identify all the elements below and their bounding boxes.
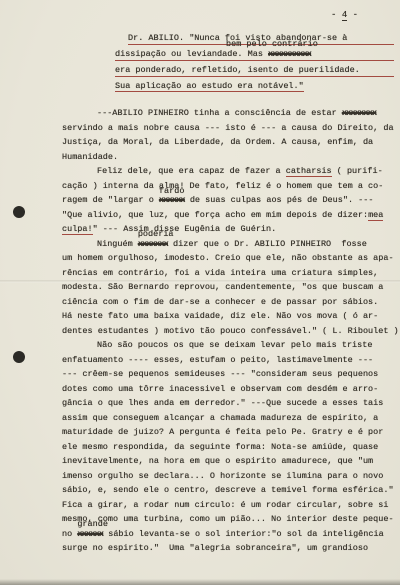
paper-crease [0,280,400,283]
text-run: Justiça, da Moral, da Liberdade, da Orde… [62,137,373,147]
text-run: modesta. São Bernardo reprovou, candente… [62,282,383,292]
page-number-prefix: - [331,10,342,20]
red-underlined-text: culpa! [62,224,93,235]
correction-anchor: xxxxxxgrande [77,529,103,539]
text-run: imenso orgulho se declara... O horizonte… [62,471,383,481]
text-run: era ponderado, refletido, isento de puer… [115,65,360,75]
text-run: no [62,529,77,539]
text-line: dotes como uma tôrre inacessivel e obser… [62,382,398,397]
text-line: Feliz dele, que era capaz de fazer a cat… [97,164,398,179]
text-line: cação ) interna da alma! De fato, feliz … [62,179,398,194]
text-line: imenso orgulho se declara... O horizonte… [62,469,398,484]
interlinear-insertion: grande [77,517,108,532]
text-line: culpa!" --- Assim disse Eugênia de Guéri… [62,222,398,237]
text-run: --- crêem-se pequenos semideuses --- "co… [62,369,378,379]
page-number-suffix: - [347,10,358,20]
typewritten-document-page: - 4 - Dr. ABILIO. "Nunca foi visto aband… [0,0,400,585]
text-line: servindo a mais nobre causa --- isto é -… [62,121,398,136]
text-run: mesmo, como uma turbina, como um pião...… [62,514,394,524]
text-run: " --- Assim disse Eugênia de Guérin. [93,224,277,234]
page-number: - 4 - [331,10,358,20]
paragraph: Não são poucos os que se deixam levar pe… [62,338,398,556]
text-run: cação ) interna da alma! De fato, feliz … [62,181,383,191]
text-run: rências em contrário, foi a vida inteira… [62,268,378,278]
text-run: maturidade de juizo? A pergunta é feita … [62,427,383,437]
text-line: um homem orgulhoso, imodesto. Creio que … [62,251,398,266]
correction-anchor: xxxxxxfardo [159,195,185,205]
text-line: no xxxxxxgrande sábio levanta-se o sol i… [62,527,398,542]
text-line: sábio, e, sendo ele o centro, descreve a… [62,483,398,498]
text-line: mesmo, como uma turbina, como um pião...… [62,512,398,527]
text-line: ragem de "largar o xxxxxxfardo de suas c… [62,193,398,208]
hole-punch-top [13,206,25,218]
text-line: dentes estudantes ) motivo tão pouco con… [62,324,398,339]
text-line: inevitavelmente, na hora em que o espiri… [62,454,398,469]
document-body: ---ABILIO PINHEIRO tinha a consciência d… [62,106,398,556]
correction-anchor: xxxxxxxpoderia [138,239,168,249]
text-run: "Que alivio, que luz, que força acho em … [62,210,368,220]
text-run: sábio levanta-se o sol interior:"o sol d… [103,529,384,539]
text-line: surge no espirito." Uma "alegria sobranc… [62,541,398,556]
text-run: Humanidade. [62,152,118,162]
quote-block: Dr. ABILIO. "Nunca foi visto abandonar-s… [115,30,394,94]
text-run: sábio, e, sendo ele o centro, descreve a… [62,485,394,495]
text-line: ciência com o fim de dar-se a conhecer e… [62,295,398,310]
red-underlined-text: mea [368,210,383,221]
text-run: Sua aplicação ao estudo era notável." [115,81,304,91]
text-line: --- crêem-se pequenos semideuses --- "co… [62,367,398,382]
text-run: dentes estudantes ) motivo tão pouco con… [62,326,399,336]
text-line: Sua aplicação ao estudo era notável." [115,78,394,94]
text-line: era ponderado, refletido, isento de puer… [115,62,394,78]
text-line: Humanidade. [62,150,398,165]
text-run: enfatuamento ---- esses, estufam o peito… [62,355,373,365]
text-run: inevitavelmente, na hora em que o espiri… [62,456,373,466]
interlinear-insertion: poderia [138,227,174,242]
text-line: gância o que lhes anda em derredor." ---… [62,396,398,411]
text-run: ele mesmo respondida, da seguinte forma:… [62,442,378,452]
text-run: surge no espirito." Uma "alegria sobranc… [62,543,368,553]
text-run: Não são poucos os que se deixam levar pe… [97,340,372,350]
text-line: Há neste fato uma baixa vaidade, diz ele… [62,309,398,324]
text-run: Há neste fato uma baixa vaidade, diz ele… [62,311,378,321]
scan-bottom-edge [0,579,400,585]
paragraph: ---ABILIO PINHEIRO tinha a consciência d… [62,106,398,164]
text-line: Justiça, da Moral, da Liberdade, da Orde… [62,135,398,150]
paragraph: Ninguém xxxxxxxpoderia dizer que o Dr. A… [62,237,398,339]
text-line: rências em contrário, foi a vida inteira… [62,266,398,281]
text-line: Não são poucos os que se deixam levar pe… [97,338,398,353]
text-run: ragem de "largar o [62,195,159,205]
text-run: Fica a girar, a rodar num circulo: é um … [62,500,388,510]
interlinear-insertion: bem pelo contrário [226,36,318,52]
paragraph: Feliz dele, que era capaz de fazer a cat… [62,164,398,237]
text-line: enfatuamento ---- esses, estufam o peito… [62,353,398,368]
text-run: ( purifi- [332,166,383,176]
interlinear-insertion: fardo [159,184,185,199]
text-run: ciência com o fim de dar-se a conhecer e… [62,297,378,307]
text-line: ---ABILIO PINHEIRO tinha a consciência d… [97,106,398,121]
correction-anchor: xxxxxxxxxxbem pelo contrário [268,49,311,59]
text-run: dizer que o Dr. ABILIO PINHEIRO fosse [168,239,367,249]
document-content: Dr. ABILIO. "Nunca foi visto abandonar-s… [62,30,398,556]
text-run: gância o que lhes anda em derredor." ---… [62,398,383,408]
text-run: assim que conseguem alcançar a chamada m… [62,413,378,423]
text-line: ele mesmo respondida, da seguinte forma:… [62,440,398,455]
text-line: maturidade de juizo? A pergunta é feita … [62,425,398,440]
text-run: um homem orgulhoso, imodesto. Creio que … [62,253,394,263]
text-line: dissipação ou leviandade. Mas xxxxxxxxxx… [115,46,394,62]
strikethrough-text: xxxxxxxx [342,108,376,118]
text-run: Feliz dele, que era capaz de fazer a [97,166,286,176]
text-run: Ninguém [97,239,138,249]
hole-punch-bottom [13,351,25,363]
text-run: dotes como uma tôrre inacessivel e obser… [62,384,378,394]
text-line: "Que alivio, que luz, que força acho em … [62,208,398,223]
text-line: Ninguém xxxxxxxpoderia dizer que o Dr. A… [97,237,398,252]
text-run: servindo a mais nobre causa --- isto é -… [62,123,394,133]
text-run: ---ABILIO PINHEIRO tinha a consciência d… [97,108,342,118]
red-underlined-text: catharsis [286,166,332,177]
text-line: Fica a girar, a rodar num circulo: é um … [62,498,398,513]
text-run: de suas culpas aos pés de Deus". --- [185,195,374,205]
text-line: assim que conseguem alcançar a chamada m… [62,411,398,426]
